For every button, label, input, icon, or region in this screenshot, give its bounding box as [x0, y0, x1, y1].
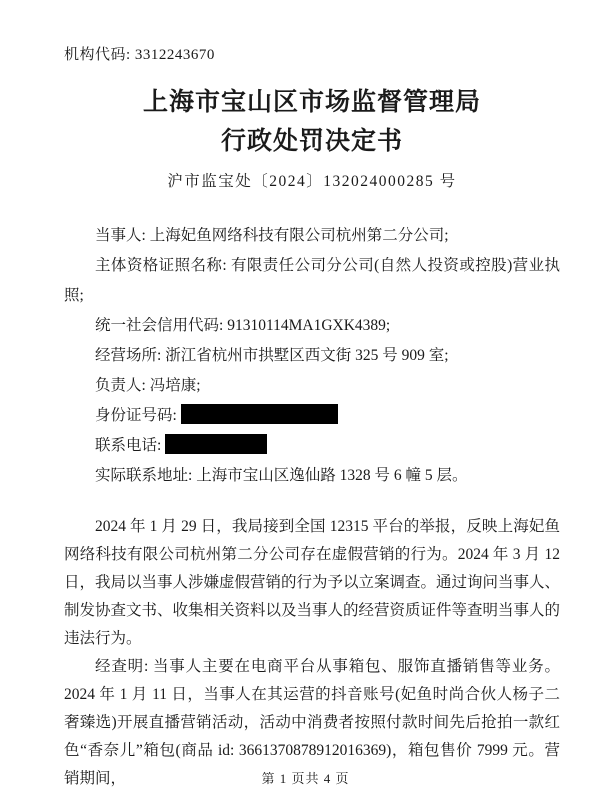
party-label: 负责人:: [95, 377, 150, 394]
redaction-bar-id-number: [181, 404, 338, 424]
party-line-id-number: 身份证号码:: [64, 401, 560, 431]
issuing-authority-title: 上海市宝山区市场监督管理局: [64, 83, 560, 122]
page-footer: 第 1 页共 4 页: [0, 768, 611, 787]
party-line-credit-code: 统一社会信用代码: 91310114MA1GXK4389;: [64, 311, 560, 341]
party-line-responsible-person: 负责人: 冯培康;: [64, 371, 560, 401]
party-label: 身份证号码:: [95, 407, 181, 424]
party-line-business-address: 经营场所: 浙江省杭州市拱墅区西文街 325 号 909 室;: [64, 341, 560, 371]
party-line-name: 当事人: 上海妃鱼网络科技有限公司杭州第二分公司;: [64, 221, 560, 251]
party-value: 91310114MA1GXK4389;: [227, 317, 390, 334]
party-label: 当事人:: [95, 227, 150, 244]
party-label: 联系电话:: [95, 437, 165, 454]
party-label: 实际联系地址:: [95, 467, 196, 484]
party-line-license-type: 主体资格证照名称: 有限责任公司分公司(自然人投资或控股)营业执照;: [64, 251, 560, 311]
party-label: 统一社会信用代码:: [95, 317, 227, 334]
body-paragraph-case-origin: 2024 年 1 月 29 日，我局接到全国 12315 平台的举报，反映上海妃…: [64, 513, 560, 653]
party-value: 浙江省杭州市拱墅区西文街 325 号 909 室;: [165, 347, 448, 364]
document-body: 2024 年 1 月 29 日，我局接到全国 12315 平台的举报，反映上海妃…: [64, 513, 560, 793]
party-value: 上海妃鱼网络科技有限公司杭州第二分公司;: [150, 227, 449, 244]
redaction-bar-phone: [165, 434, 267, 454]
party-line-phone: 联系电话:: [64, 431, 560, 461]
party-label: 经营场所:: [95, 347, 165, 364]
org-code-line: 机构代码: 3312243670: [64, 46, 560, 65]
document-type-title: 行政处罚决定书: [64, 122, 560, 161]
document-title-block: 上海市宝山区市场监督管理局 行政处罚决定书: [64, 83, 560, 161]
party-label: 主体资格证照名称:: [95, 257, 231, 274]
party-value: 上海市宝山区逸仙路 1328 号 6 幢 5 层。: [196, 467, 467, 484]
party-line-contact-address: 实际联系地址: 上海市宝山区逸仙路 1328 号 6 幢 5 层。: [64, 461, 560, 491]
penalty-decision-document: 机构代码: 3312243670 上海市宝山区市场监督管理局 行政处罚决定书 沪…: [0, 0, 611, 803]
party-info-block: 当事人: 上海妃鱼网络科技有限公司杭州第二分公司; 主体资格证照名称: 有限责任…: [64, 221, 560, 491]
party-value: 冯培康;: [150, 377, 201, 394]
case-number: 沪市监宝处〔2024〕132024000285 号: [64, 171, 560, 193]
